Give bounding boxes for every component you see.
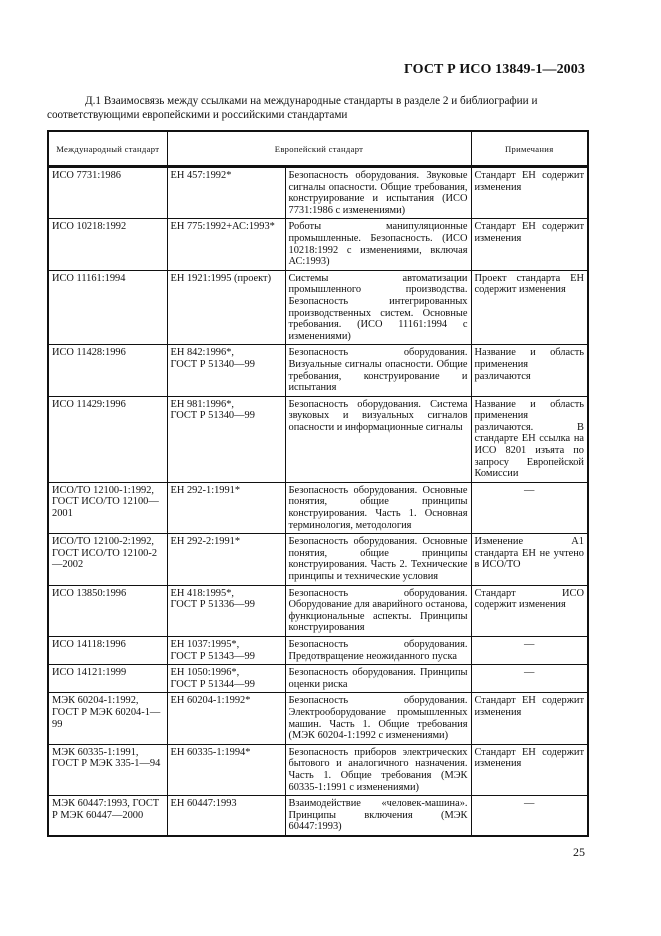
european-title-cell: Безопасность оборудования. Электрооборуд…	[285, 693, 471, 744]
european-code-cell: ЕН 1050:1996*, ГОСТ Р 51344—99	[167, 665, 285, 693]
table-row: ИСО 11428:1996ЕН 842:1996*, ГОСТ Р 51340…	[48, 345, 588, 396]
international-standard-cell: ИСО 11428:1996	[48, 345, 167, 396]
european-title-cell: Безопасность оборудования. Предотвращени…	[285, 636, 471, 664]
european-title-cell: Взаимодействие «человек-машина». Принцип…	[285, 796, 471, 836]
european-code-cell: ЕН 292-2:1991*	[167, 534, 285, 585]
european-code-cell: ЕН 775:1992+АС:1993*	[167, 219, 285, 270]
notes-cell: —	[471, 482, 588, 533]
international-standard-cell: ИСО 11161:1994	[48, 270, 167, 345]
european-code-cell: ЕН 457:1992*	[167, 167, 285, 219]
notes-cell: Стандарт ЕН содержит изменения	[471, 744, 588, 795]
european-title-cell: Системы автоматизации промышленного прои…	[285, 270, 471, 345]
international-standard-cell: ИСО/ТО 12100-1:1992, ГОСТ ИСО/ТО 12100—2…	[48, 482, 167, 533]
european-title-cell: Безопасность оборудования. Основные поня…	[285, 534, 471, 585]
table-row: МЭК 60447:1993, ГОСТ Р МЭК 60447—2000ЕН …	[48, 796, 588, 836]
notes-cell: Проект стандарта ЕН содержит изменения	[471, 270, 588, 345]
table-row: МЭК 60335-1:1991, ГОСТ Р МЭК 335-1—94ЕН …	[48, 744, 588, 795]
international-standard-cell: МЭК 60447:1993, ГОСТ Р МЭК 60447—2000	[48, 796, 167, 836]
international-standard-cell: ИСО 13850:1996	[48, 585, 167, 636]
table-row: ИСО 10218:1992ЕН 775:1992+АС:1993*Роботы…	[48, 219, 588, 270]
table-row: ИСО 13850:1996ЕН 418:1995*, ГОСТ Р 51336…	[48, 585, 588, 636]
header-notes: Примечания	[471, 131, 588, 167]
european-code-cell: ЕН 292-1:1991*	[167, 482, 285, 533]
european-code-cell: ЕН 842:1996*, ГОСТ Р 51340—99	[167, 345, 285, 396]
european-code-cell: ЕН 1037:1995*, ГОСТ Р 51343—99	[167, 636, 285, 664]
header-european: Европейский стандарт	[167, 131, 471, 167]
notes-cell: Стандарт ЕН содержит изменения	[471, 167, 588, 219]
international-standard-cell: МЭК 60335-1:1991, ГОСТ Р МЭК 335-1—94	[48, 744, 167, 795]
standards-correspondence-table: Международный стандарт Европейский станд…	[47, 130, 589, 837]
header-international: Международный стандарт	[48, 131, 167, 167]
european-code-cell: ЕН 60335-1:1994*	[167, 744, 285, 795]
notes-cell: Изменение А1 стандарта ЕН не учтено в ИС…	[471, 534, 588, 585]
notes-cell: —	[471, 796, 588, 836]
table-row: ИСО 14118:1996ЕН 1037:1995*, ГОСТ Р 5134…	[48, 636, 588, 664]
european-title-cell: Безопасность приборов электрических быто…	[285, 744, 471, 795]
international-standard-cell: ИСО 11429:1996	[48, 396, 167, 482]
european-title-cell: Роботы манипуляционные промышленные. Без…	[285, 219, 471, 270]
international-standard-cell: ИСО 14121:1999	[48, 665, 167, 693]
notes-cell: —	[471, 665, 588, 693]
european-code-cell: ЕН 1921:1995 (проект)	[167, 270, 285, 345]
table-row: МЭК 60204-1:1992, ГОСТ Р МЭК 60204-1—99Е…	[48, 693, 588, 744]
notes-cell: Название и область применения различаютс…	[471, 396, 588, 482]
european-code-cell: ЕН 60204-1:1992*	[167, 693, 285, 744]
european-code-cell: ЕН 418:1995*, ГОСТ Р 51336—99	[167, 585, 285, 636]
european-title-cell: Безопасность оборудования. Звуковые сигн…	[285, 167, 471, 219]
table-row: ИСО/ТО 12100-1:1992, ГОСТ ИСО/ТО 12100—2…	[48, 482, 588, 533]
document-header: ГОСТ Р ИСО 13849-1—2003	[404, 62, 585, 78]
table-row: ИСО 11161:1994ЕН 1921:1995 (проект)Систе…	[48, 270, 588, 345]
european-title-cell: Безопасность оборудования. Принципы оцен…	[285, 665, 471, 693]
table-header-row: Международный стандарт Европейский станд…	[48, 131, 588, 167]
table-row: ИСО 14121:1999ЕН 1050:1996*, ГОСТ Р 5134…	[48, 665, 588, 693]
international-standard-cell: ИСО 14118:1996	[48, 636, 167, 664]
international-standard-cell: ИСО 10218:1992	[48, 219, 167, 270]
european-code-cell: ЕН 60447:1993	[167, 796, 285, 836]
international-standard-cell: ИСО 7731:1986	[48, 167, 167, 219]
notes-cell: Стандарт ЕН содержит изменения	[471, 219, 588, 270]
notes-cell: Стандарт ИСО содержит изменения	[471, 585, 588, 636]
european-title-cell: Безопасность оборудования. Визуальные си…	[285, 345, 471, 396]
notes-cell: —	[471, 636, 588, 664]
notes-cell: Название и область применения различаютс…	[471, 345, 588, 396]
table-caption: Д.1 Взаимосвязь между ссылками на междун…	[47, 94, 587, 122]
page-number: 25	[573, 845, 585, 860]
european-title-cell: Безопасность оборудования. Основные поня…	[285, 482, 471, 533]
table-row: ИСО 7731:1986ЕН 457:1992*Безопасность об…	[48, 167, 588, 219]
table-row: ИСО/ТО 12100-2:1992, ГОСТ ИСО/ТО 12100-2…	[48, 534, 588, 585]
international-standard-cell: МЭК 60204-1:1992, ГОСТ Р МЭК 60204-1—99	[48, 693, 167, 744]
european-title-cell: Безопасность оборудования. Оборудование …	[285, 585, 471, 636]
european-title-cell: Безопасность оборудования. Система звуко…	[285, 396, 471, 482]
international-standard-cell: ИСО/ТО 12100-2:1992, ГОСТ ИСО/ТО 12100-2…	[48, 534, 167, 585]
table-row: ИСО 11429:1996ЕН 981:1996*, ГОСТ Р 51340…	[48, 396, 588, 482]
notes-cell: Стандарт ЕН содержит изменения	[471, 693, 588, 744]
european-code-cell: ЕН 981:1996*, ГОСТ Р 51340—99	[167, 396, 285, 482]
